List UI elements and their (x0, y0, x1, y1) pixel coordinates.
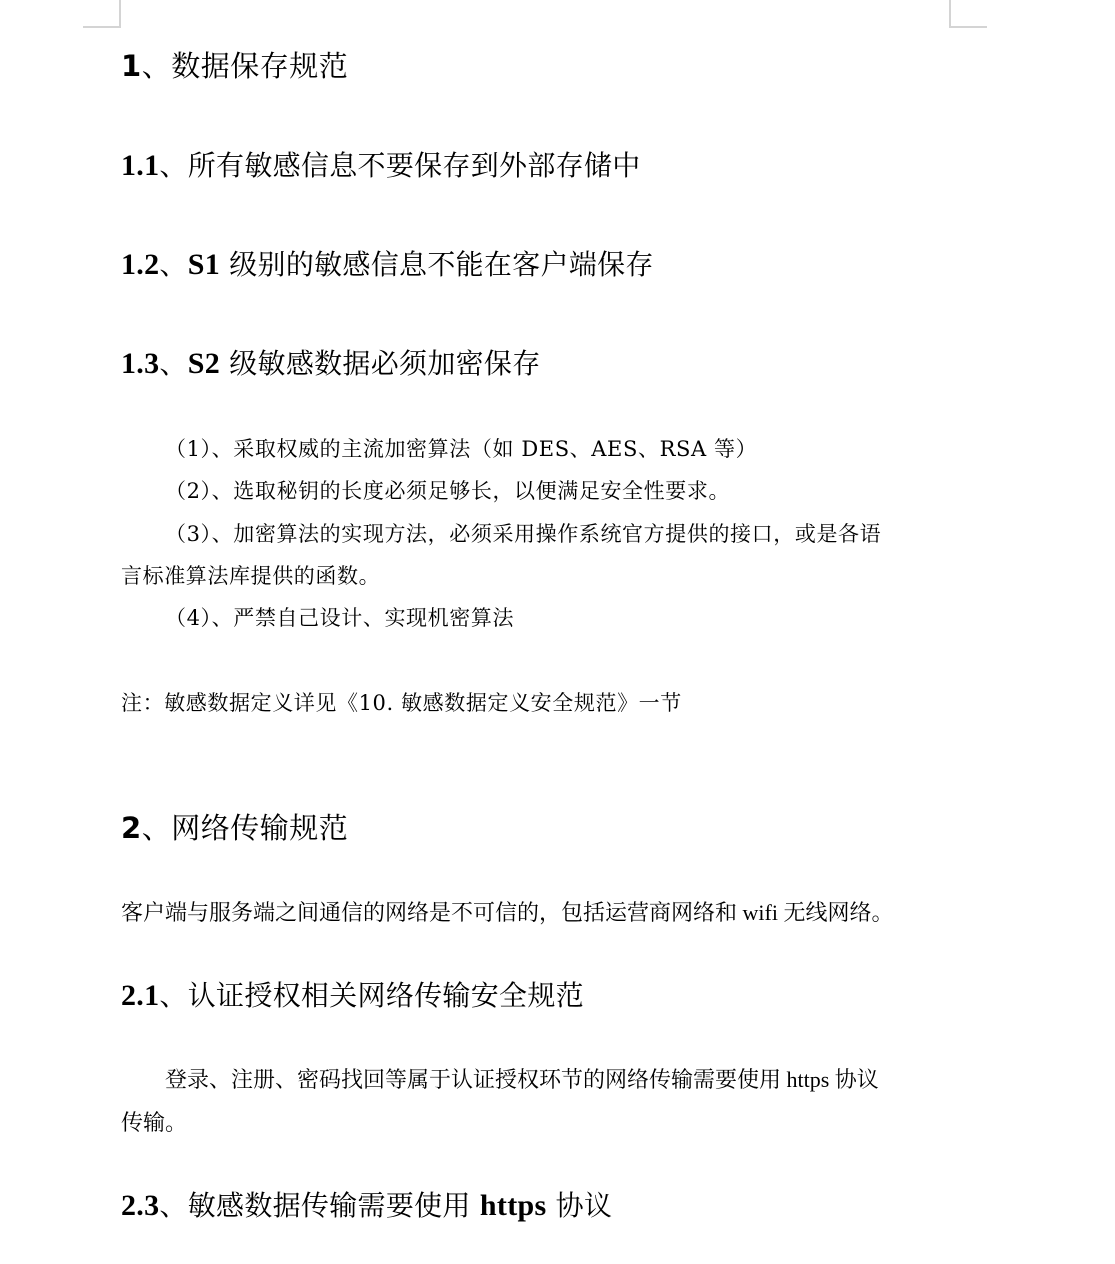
page-corner-mark-left (83, 0, 121, 28)
heading-separator: 、 (159, 248, 187, 281)
heading-title: 网络传输规范 (171, 811, 348, 845)
heading-number: 2 (121, 811, 142, 845)
heading-title: 级敏感数据必须加密保存 (220, 347, 541, 380)
note-paragraph: 注：敏感数据定义详见《10. 敏感数据定义安全规范》一节 (121, 687, 682, 717)
auth-paragraph-line-1: 登录、注册、密码找回等属于认证授权环节的网络传输需要使用 https 协议 (165, 1063, 879, 1094)
heading-number: 2.1 (121, 979, 159, 1012)
heading-section-2: 2、网络传输规范 (121, 806, 348, 847)
heading-separator: 、 (142, 811, 172, 845)
heading-section-1-3: 1.3、S2 级敏感数据必须加密保存 (121, 342, 541, 382)
heading-section-2-1: 2.1、认证授权相关网络传输安全规范 (121, 974, 584, 1014)
list-item: （3）、加密算法的实现方法，必须采用操作系统官方提供的接口，或是各语 (165, 518, 881, 548)
heading-section-1-2: 1.2、S1 级别的敏感信息不能在客户端保存 (121, 243, 654, 283)
heading-number: 1 (121, 49, 142, 83)
list-item: （1）、采取权威的主流加密算法（如 DES、AES、RSA 等） (165, 433, 757, 463)
heading-title: 数据保存规范 (171, 49, 348, 83)
heading-title: 认证授权相关网络传输安全规范 (188, 979, 584, 1012)
page-corner-mark-right (949, 0, 987, 28)
heading-title: 协议 (546, 1189, 612, 1222)
heading-bold-term: S1 (188, 248, 220, 281)
auth-paragraph-line-2: 传输。 (121, 1106, 187, 1137)
network-intro-paragraph: 客户端与服务端之间通信的网络是不可信的，包括运营商网络和 wifi 无线网络。 (121, 896, 893, 927)
heading-section-2-3: 2.3、敏感数据传输需要使用 https 协议 (121, 1184, 612, 1224)
heading-separator: 、 (159, 979, 187, 1012)
heading-section-1-1: 1.1、所有敏感信息不要保存到外部存储中 (121, 144, 641, 184)
heading-separator: 、 (142, 49, 172, 83)
heading-number: 1.2 (121, 248, 159, 281)
heading-number: 1.3 (121, 347, 159, 380)
heading-title-prefix: 敏感数据传输需要使用 (188, 1189, 480, 1222)
heading-title: 级别的敏感信息不能在客户端保存 (220, 248, 654, 281)
list-item-continuation: 言标准算法库提供的函数。 (121, 560, 380, 590)
heading-number: 1.1 (121, 149, 159, 182)
list-item: （2）、选取秘钥的长度必须足够长，以便满足安全性要求。 (165, 475, 730, 505)
heading-section-1: 1、数据保存规范 (121, 44, 348, 85)
list-item: （4）、严禁自己设计、实现机密算法 (165, 602, 514, 632)
heading-number: 2.3 (121, 1189, 159, 1222)
heading-separator: 、 (159, 149, 187, 182)
heading-separator: 、 (159, 347, 187, 380)
heading-bold-term: https (480, 1189, 547, 1222)
heading-separator: 、 (159, 1189, 187, 1222)
heading-bold-term: S2 (188, 347, 220, 380)
heading-title: 所有敏感信息不要保存到外部存储中 (188, 149, 641, 182)
